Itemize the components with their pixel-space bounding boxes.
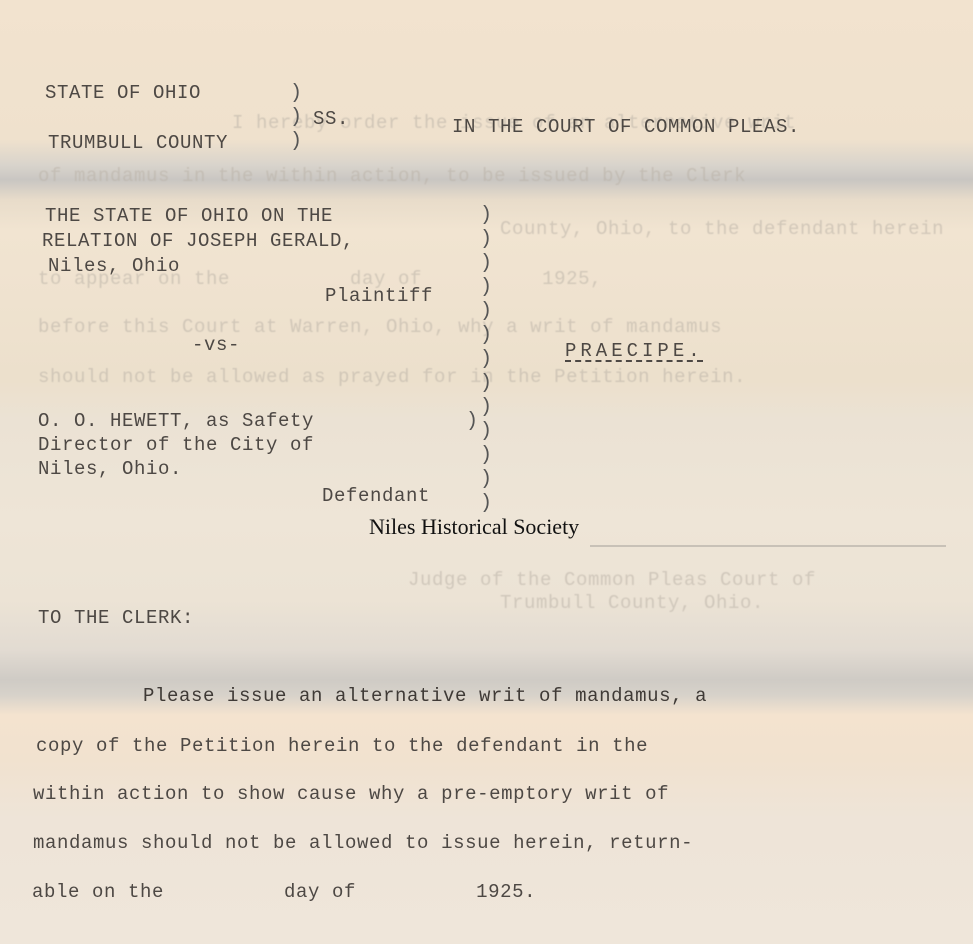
ss-label: SS. xyxy=(313,108,349,130)
body-line: copy of the Petition herein to the defen… xyxy=(36,735,648,757)
bleed-line: of mandamus in the within action, to be … xyxy=(38,165,746,187)
plaintiff-line: THE STATE OF OHIO ON THE xyxy=(45,205,333,227)
document-title: PRAECIPE. xyxy=(565,340,704,362)
body-line: Please issue an alternative writ of mand… xyxy=(143,685,707,707)
venue-bracket: ) ) ) xyxy=(290,82,302,154)
bleed-line: before this Court at Warren, Ohio, why a… xyxy=(38,316,722,338)
party-bracket: ) ) ) ) ) ) ) ) ) ) ) ) ) xyxy=(480,204,492,516)
defendant-line: Niles, Ohio. xyxy=(38,458,182,480)
party-bracket-extra: ) xyxy=(466,410,478,434)
body-line: mandamus should not be allowed to issue … xyxy=(33,832,693,854)
bleed-line: should not be allowed as prayed for in t… xyxy=(38,366,746,388)
judge-title-line: Judge of the Common Pleas Court of xyxy=(408,569,816,591)
judge-title-line: Trumbull County, Ohio. xyxy=(500,592,764,614)
venue-state: STATE OF OHIO xyxy=(45,82,201,104)
defendant-line: Director of the City of xyxy=(38,434,314,456)
plaintiff-label: Plaintiff xyxy=(325,285,433,307)
salutation: TO THE CLERK: xyxy=(38,607,194,629)
bleed-line: County, Ohio, to the defendant herein xyxy=(500,218,944,240)
body-line: within action to show cause why a pre-em… xyxy=(33,783,669,805)
watermark: Niles Historical Society xyxy=(369,514,579,540)
defendant-line: O. O. HEWETT, as Safety xyxy=(38,410,314,432)
court-name: IN THE COURT OF COMMON PLEAS. xyxy=(452,116,800,138)
defendant-label: Defendant xyxy=(322,485,430,507)
versus-label: -vs- xyxy=(192,334,240,356)
venue-county: TRUMBULL COUNTY xyxy=(48,132,228,154)
signature-line xyxy=(590,545,946,547)
body-line: able on the day of 1925. xyxy=(32,881,536,903)
plaintiff-line: RELATION OF JOSEPH GERALD, xyxy=(42,230,354,252)
plaintiff-line: Niles, Ohio xyxy=(48,255,180,277)
